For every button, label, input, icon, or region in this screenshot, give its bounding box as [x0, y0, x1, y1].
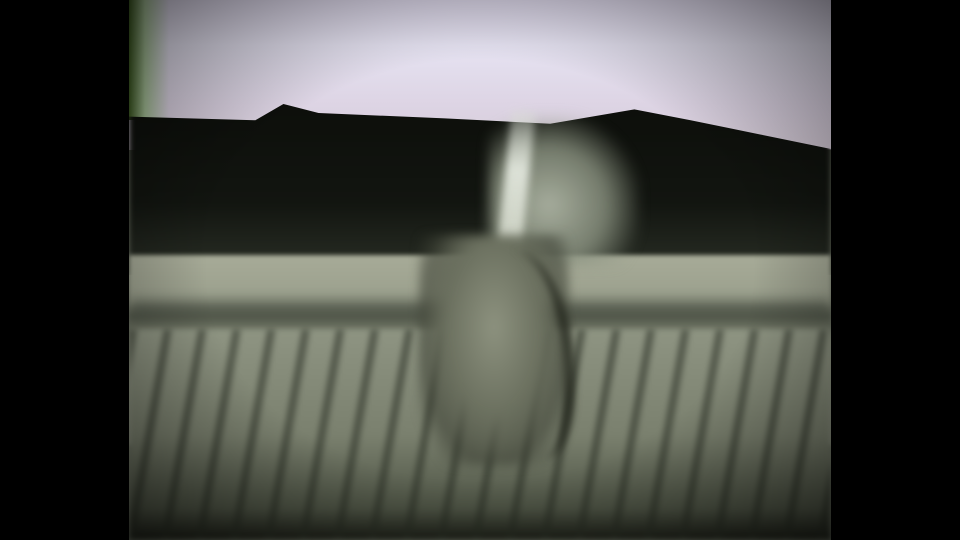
film-frame — [129, 0, 831, 540]
film-vignette — [129, 0, 831, 540]
